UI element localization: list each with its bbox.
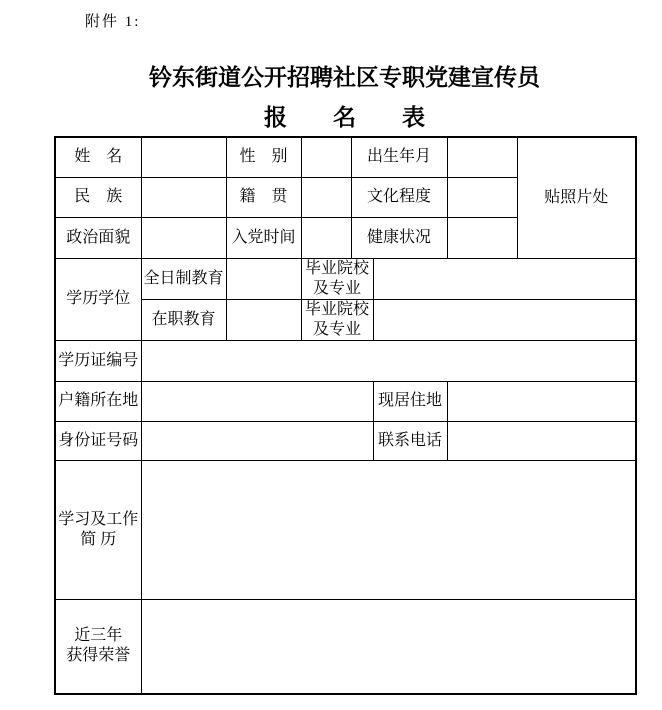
current-residence-label: 现居住地	[373, 381, 447, 421]
household-location-label: 户籍所在地	[55, 381, 141, 421]
birth-date-value-cell[interactable]	[447, 137, 517, 177]
birth-date-label: 出生年月	[351, 137, 447, 177]
party-join-date-value-cell[interactable]	[301, 217, 351, 258]
gender-label: 性 别	[226, 137, 301, 177]
name-value-cell[interactable]	[141, 137, 226, 177]
honors-label: 近三年 获得荣誉	[55, 599, 141, 694]
household-location-value-cell[interactable]	[141, 381, 373, 421]
diploma-number-value-cell[interactable]	[141, 340, 636, 381]
education-level-value-cell[interactable]	[447, 177, 517, 217]
inservice-school-major-label: 毕业院校 及专业	[301, 299, 373, 340]
fulltime-school-major-label: 毕业院校 及专业	[301, 258, 373, 299]
fulltime-school-major-value-cell[interactable]	[373, 258, 636, 299]
current-residence-value-cell[interactable]	[447, 381, 636, 421]
fulltime-education-value-cell[interactable]	[226, 258, 301, 299]
ethnicity-label: 民 族	[55, 177, 141, 217]
table-row: 户籍所在地 现居住地	[55, 381, 636, 421]
education-level-label: 文化程度	[351, 177, 447, 217]
document-page: 附件 1: 钤东街道公开招聘社区专职党建宣传员 报 名 表 姓 名 性 别 出生…	[0, 0, 662, 710]
page-title: 钤东街道公开招聘社区专职党建宣传员	[54, 59, 635, 92]
party-join-date-label: 入党时间	[226, 217, 301, 258]
inservice-education-value-cell[interactable]	[226, 299, 301, 340]
id-number-label: 身份证号码	[55, 421, 141, 460]
photo-area[interactable]: 贴照片处	[517, 137, 636, 258]
table-row: 学习及工作 简 历	[55, 460, 636, 599]
table-row: 近三年 获得荣誉	[55, 599, 636, 694]
inservice-education-label: 在职教育	[141, 299, 226, 340]
work-experience-label: 学习及工作 简 历	[55, 460, 141, 599]
degree-label: 学历学位	[55, 258, 141, 340]
health-value-cell[interactable]	[447, 217, 517, 258]
fulltime-education-label: 全日制教育	[141, 258, 226, 299]
id-number-value-cell[interactable]	[141, 421, 373, 460]
table-row: 学历证编号	[55, 340, 636, 381]
phone-value-cell[interactable]	[447, 421, 636, 460]
health-label: 健康状况	[351, 217, 447, 258]
native-place-label: 籍 贯	[226, 177, 301, 217]
table-row: 身份证号码 联系电话	[55, 421, 636, 460]
table-row: 在职教育 毕业院校 及专业	[55, 299, 636, 340]
work-experience-value-cell[interactable]	[141, 460, 636, 599]
diploma-number-label: 学历证编号	[55, 340, 141, 381]
gender-value-cell[interactable]	[301, 137, 351, 177]
ethnicity-value-cell[interactable]	[141, 177, 226, 217]
page-subtitle: 报 名 表	[54, 99, 635, 132]
name-label: 姓 名	[55, 137, 141, 177]
table-row: 姓 名 性 别 出生年月 贴照片处	[55, 137, 636, 177]
native-place-value-cell[interactable]	[301, 177, 351, 217]
attachment-label: 附件 1:	[85, 10, 140, 31]
political-status-label: 政治面貌	[55, 217, 141, 258]
honors-value-cell[interactable]	[141, 599, 636, 694]
phone-label: 联系电话	[373, 421, 447, 460]
inservice-school-major-value-cell[interactable]	[373, 299, 636, 340]
table-row: 学历学位 全日制教育 毕业院校 及专业	[55, 258, 636, 299]
application-form-table: 姓 名 性 别 出生年月 贴照片处 民 族 籍 贯 文化程度 政治面貌 入党时间…	[54, 136, 637, 695]
political-status-value-cell[interactable]	[141, 217, 226, 258]
